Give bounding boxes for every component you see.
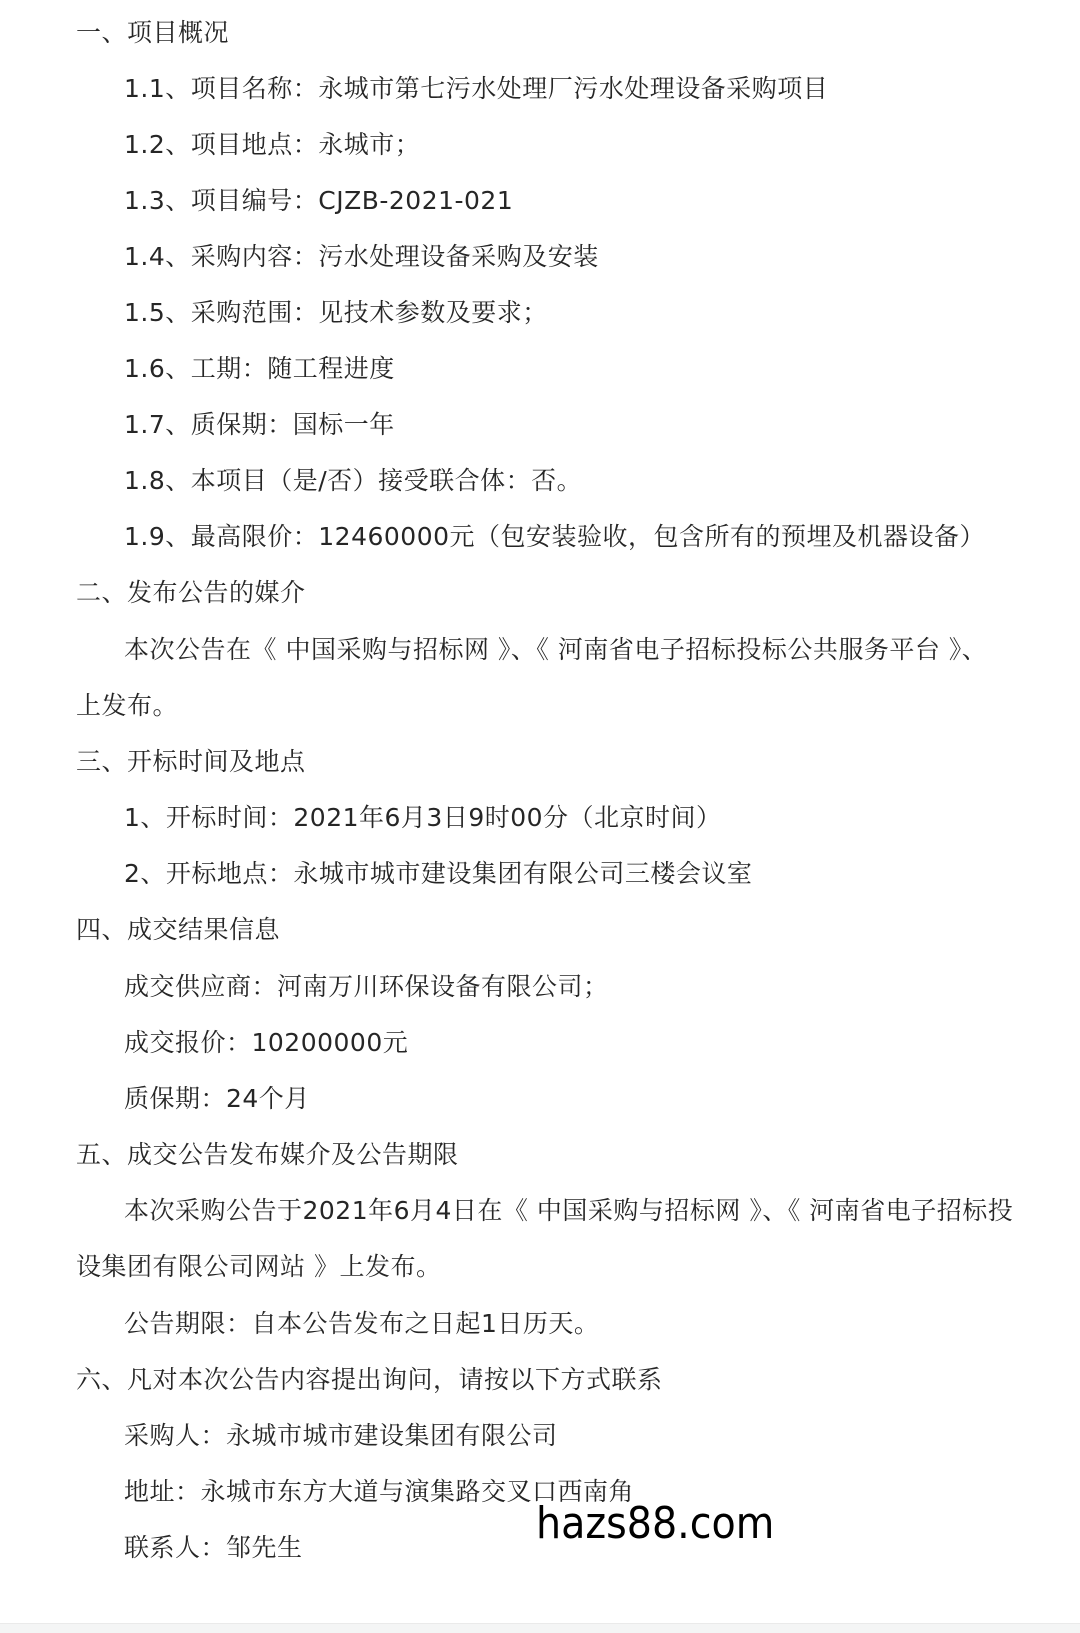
- item-result-warranty: 质保期：24个月: [124, 1082, 310, 1116]
- publication-paragraph-line2: 设集团有限公司网站 》上发布。: [76, 1250, 441, 1284]
- item-purchaser: 采购人：永城市城市建设集团有限公司: [124, 1419, 558, 1453]
- section-heading-contact: 六、凡对本次公告内容提出询问，请按以下方式联系: [76, 1363, 663, 1397]
- section-heading-bid-opening: 三、开标时间及地点: [76, 745, 306, 779]
- item-project-number: 1.3、项目编号：CJZB-2021-021: [124, 184, 513, 218]
- item-procurement-scope: 1.5、采购范围：见技术参数及要求；: [124, 296, 548, 330]
- section-heading-media: 二、发布公告的媒介: [76, 576, 306, 610]
- item-consortium: 1.8、本项目（是/否）接受联合体：否。: [124, 464, 582, 498]
- item-warranty-period: 1.7、质保期：国标一年: [124, 408, 395, 442]
- section-heading-overview: 一、项目概况: [76, 16, 229, 50]
- item-construction-period: 1.6、工期：随工程进度: [124, 352, 395, 386]
- item-contact-person: 联系人：邹先生: [124, 1531, 303, 1565]
- item-procurement-content: 1.4、采购内容：污水处理设备采购及安装: [124, 240, 599, 274]
- item-bid-opening-location: 2、开标地点：永城市城市建设集团有限公司三楼会议室: [124, 857, 752, 891]
- watermark-text: hazs88.com: [536, 1496, 774, 1552]
- item-project-location: 1.2、项目地点：永城市；: [124, 128, 420, 162]
- section-heading-publication: 五、成交公告发布媒介及公告期限: [76, 1138, 459, 1172]
- item-project-name: 1.1、项目名称：永城市第七污水处理厂污水处理设备采购项目: [124, 72, 828, 106]
- section-heading-result: 四、成交结果信息: [76, 913, 280, 947]
- media-paragraph-line2: 上发布。: [76, 689, 178, 723]
- publication-paragraph-line1: 本次采购公告于2021年6月4日在《 中国采购与招标网 》、《 河南省电子招标投: [124, 1194, 1013, 1228]
- item-winning-supplier: 成交供应商：河南万川环保设备有限公司；: [124, 970, 609, 1004]
- item-notice-period: 公告期限：自本公告发布之日起1日历天。: [124, 1307, 599, 1341]
- item-bid-opening-time: 1、开标时间：2021年6月3日9时00分（北京时间）: [124, 801, 722, 835]
- item-max-price: 1.9、最高限价：12460000元（包安装验收，包含所有的预埋及机器设备）: [124, 520, 985, 554]
- bottom-edge-bar: [0, 1623, 1080, 1633]
- media-paragraph-line1: 本次公告在《 中国采购与招标网 》、《 河南省电子招标投标公共服务平台 》、: [124, 633, 987, 667]
- item-winning-price: 成交报价：10200000元: [124, 1026, 408, 1060]
